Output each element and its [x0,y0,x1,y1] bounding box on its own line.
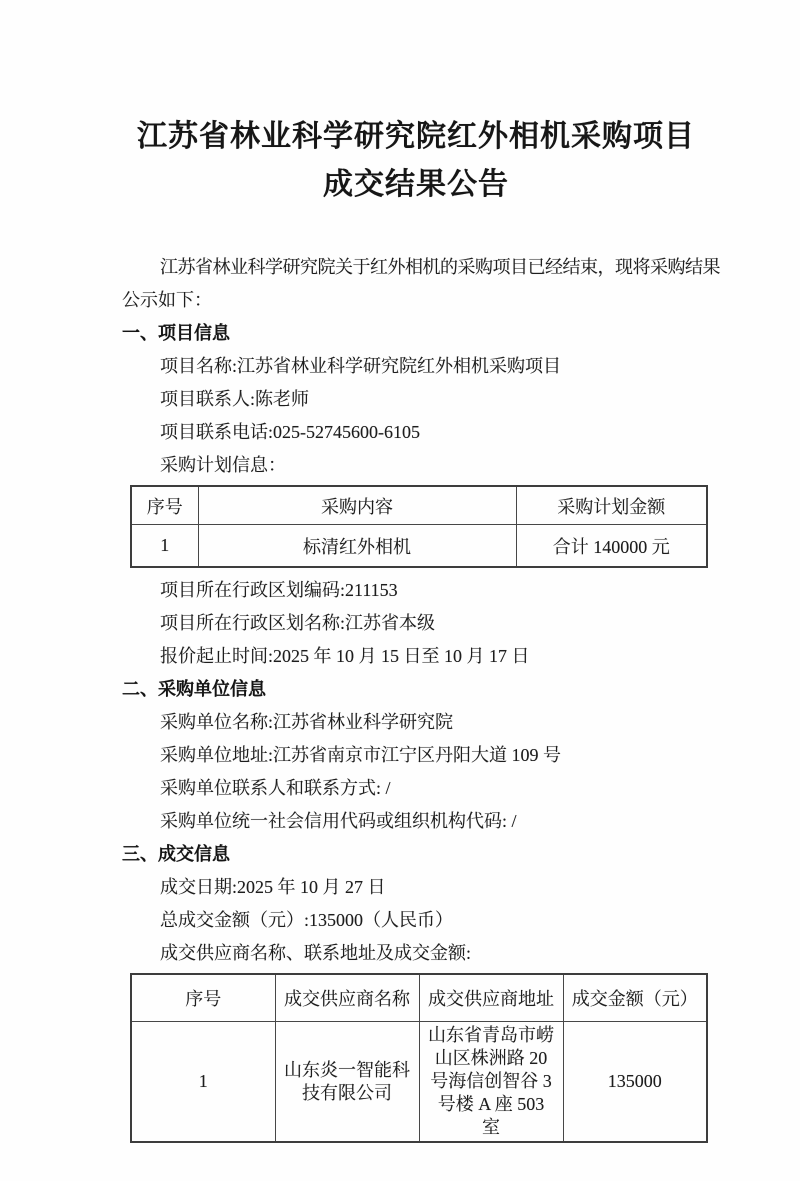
project-contact-line: 项目联系人:陈老师 [122,383,710,416]
project-name-line: 项目名称:江苏省林业科学研究院红外相机采购项目 [122,350,710,383]
intro-line-2: 公示如下： [122,284,710,317]
document-title: 江苏省林业科学研究院红外相机采购项目 成交结果公告 [122,113,710,209]
quote-period-line: 报价起止时间:2025 年 10 月 15 日至 10 月 17 日 [122,640,710,673]
plan-header-amount: 采购计划金额 [516,486,707,525]
plan-cell-seq: 1 [131,525,198,568]
district-name-line: 项目所在行政区划名称:江苏省本级 [122,607,710,640]
supplier-header-amount: 成交金额（元） [563,974,707,1022]
suppliers-label-line: 成交供应商名称、联系地址及成交金额: [122,937,710,970]
section-project-heading: 一、项目信息 [122,317,710,350]
deal-total-line: 总成交金额（元）:135000（人民币） [122,904,710,937]
plan-table-header-row: 序号 采购内容 采购计划金额 [131,486,707,525]
plan-info-label: 采购计划信息： [122,449,710,482]
buyer-credit-code-line: 采购单位统一社会信用代码或组织机构代码: / [122,805,710,838]
plan-header-content: 采购内容 [198,486,516,525]
district-code-line: 项目所在行政区划编码:211153 [122,574,710,607]
supplier-table-header-row: 序号 成交供应商名称 成交供应商地址 成交金额（元） [131,974,707,1022]
buyer-name-line: 采购单位名称:江苏省林业科学研究院 [122,706,710,739]
plan-header-seq: 序号 [131,486,198,525]
deal-date-line: 成交日期:2025 年 10 月 27 日 [122,871,710,904]
supplier-table: 序号 成交供应商名称 成交供应商地址 成交金额（元） 1 山东炎一智能科技有限公… [130,973,708,1143]
buyer-contact-line: 采购单位联系人和联系方式: / [122,772,710,805]
supplier-cell-amount: 135000 [563,1022,707,1143]
document-title-line-2: 成交结果公告 [122,161,710,209]
supplier-table-row: 1 山东炎一智能科技有限公司 山东省青岛市崂山区株洲路 20 号海信创智谷 3 … [131,1022,707,1143]
project-phone-line: 项目联系电话:025-52745600-6105 [122,416,710,449]
intro-line-1: 江苏省林业科学研究院关于红外相机的采购项目已经结束，现将采购结果 [122,251,710,284]
supplier-cell-address: 山东省青岛市崂山区株洲路 20 号海信创智谷 3 号楼 A 座 503 室 [419,1022,563,1143]
procurement-plan-table: 序号 采购内容 采购计划金额 1 标清红外相机 合计 140000 元 [130,485,708,568]
plan-cell-amount: 合计 140000 元 [516,525,707,568]
document-title-line-1: 江苏省林业科学研究院红外相机采购项目 [122,113,710,161]
supplier-header-seq: 序号 [131,974,275,1022]
plan-cell-content: 标清红外相机 [198,525,516,568]
section-buyer-heading: 二、采购单位信息 [122,673,710,706]
section-deal-heading: 三、成交信息 [122,838,710,871]
supplier-header-name: 成交供应商名称 [275,974,419,1022]
buyer-address-line: 采购单位地址:江苏省南京市江宁区丹阳大道 109 号 [122,739,710,772]
supplier-cell-seq: 1 [131,1022,275,1143]
document-page: 江苏省林业科学研究院红外相机采购项目 成交结果公告 江苏省林业科学研究院关于红外… [0,0,800,1181]
supplier-header-address: 成交供应商地址 [419,974,563,1022]
supplier-cell-name: 山东炎一智能科技有限公司 [275,1022,419,1143]
plan-table-row: 1 标清红外相机 合计 140000 元 [131,525,707,568]
